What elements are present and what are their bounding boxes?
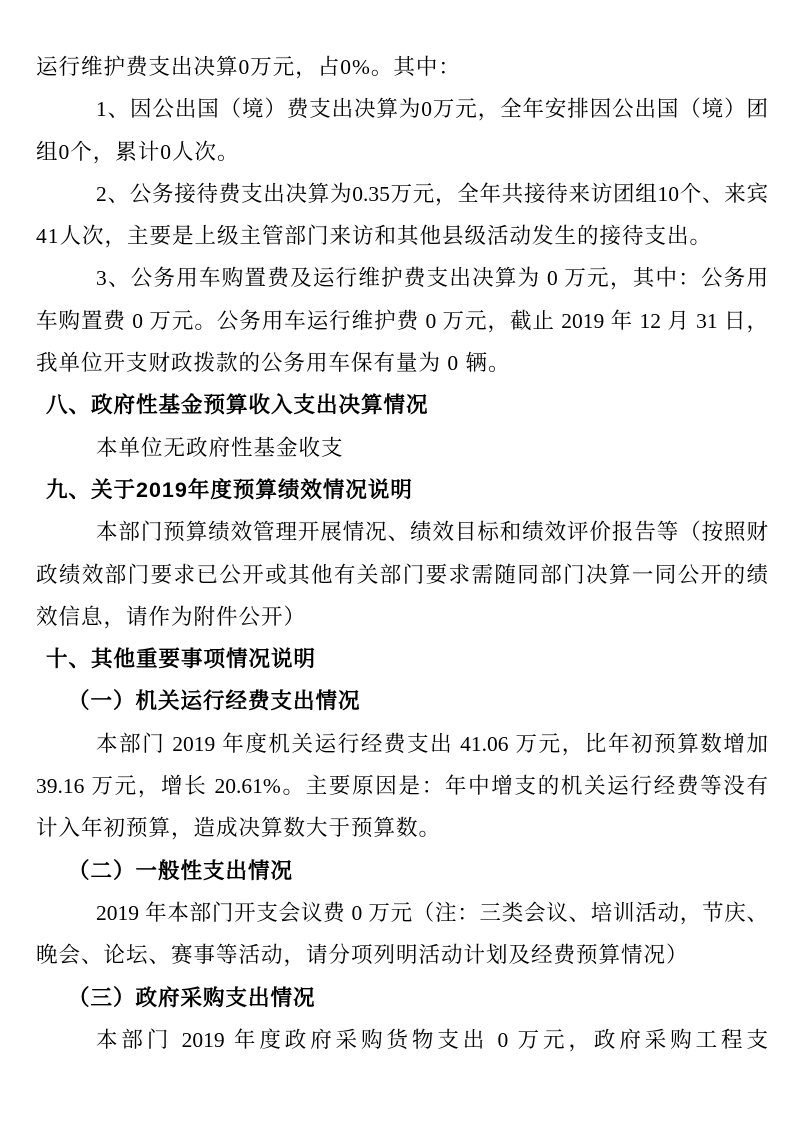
paragraph-line: 本单位无政府性基金收支 bbox=[36, 427, 768, 469]
subsection-heading: （一）机关运行经费支出情况 bbox=[36, 680, 768, 722]
subsection-heading: （二）一般性支出情况 bbox=[36, 850, 768, 892]
section-heading: 十、其他重要事项情况说明 bbox=[36, 638, 768, 680]
paragraph-line: 政绩效部门要求已公开或其他有关部门要求需随同部门决算一同公开的绩 bbox=[36, 554, 768, 596]
paragraph-line: 本部门 2019 年度政府采购货物支出 0 万元，政府采购工程支 bbox=[36, 1019, 768, 1061]
paragraph-line: 晚会、论坛、赛事等活动，请分项列明活动计划及经费预算情况） bbox=[36, 934, 768, 976]
paragraph-line: 2、公务接待费支出决算为0.35万元，全年共接待来访团组10个、来宾 bbox=[36, 173, 768, 215]
paragraph-line: 组0个，累计0人次。 bbox=[36, 131, 768, 173]
document-body: 运行维护费支出决算0万元，占0%。其中：1、因公出国（境）费支出决算为0万元，全… bbox=[36, 46, 768, 1061]
paragraph-line: 本部门 2019 年度机关运行经费支出 41.06 万元，比年初预算数增加 bbox=[36, 723, 768, 765]
paragraph-line: 本部门预算绩效管理开展情况、绩效目标和绩效评价报告等（按照财 bbox=[36, 511, 768, 553]
paragraph-line: 运行维护费支出决算0万元，占0%。其中： bbox=[36, 46, 768, 88]
paragraph-line: 3、公务用车购置费及运行维护费支出决算为 0 万元，其中：公务用 bbox=[36, 257, 768, 299]
paragraph-line: 2019 年本部门开支会议费 0 万元（注：三类会议、培训活动，节庆、 bbox=[36, 892, 768, 934]
subsection-heading: （三）政府采购支出情况 bbox=[36, 977, 768, 1019]
paragraph-line: 计入年初预算，造成决算数大于预算数。 bbox=[36, 807, 768, 849]
section-heading: 八、政府性基金预算收入支出决算情况 bbox=[36, 384, 768, 426]
paragraph-line: 39.16 万元，增长 20.61%。主要原因是：年中增支的机关运行经费等没有 bbox=[36, 765, 768, 807]
section-heading: 九、关于2019年度预算绩效情况说明 bbox=[36, 469, 768, 511]
paragraph-line: 1、因公出国（境）费支出决算为0万元，全年安排因公出国（境）团 bbox=[36, 88, 768, 130]
paragraph-line: 41人次，主要是上级主管部门来访和其他县级活动发生的接待支出。 bbox=[36, 215, 768, 257]
paragraph-line: 车购置费 0 万元。公务用车运行维护费 0 万元，截止 2019 年 12 月 … bbox=[36, 300, 768, 342]
paragraph-line: 效信息，请作为附件公开） bbox=[36, 596, 768, 638]
paragraph-line: 我单位开支财政拨款的公务用车保有量为 0 辆。 bbox=[36, 342, 768, 384]
document-page: 运行维护费支出决算0万元，占0%。其中：1、因公出国（境）费支出决算为0万元，全… bbox=[0, 0, 793, 1122]
